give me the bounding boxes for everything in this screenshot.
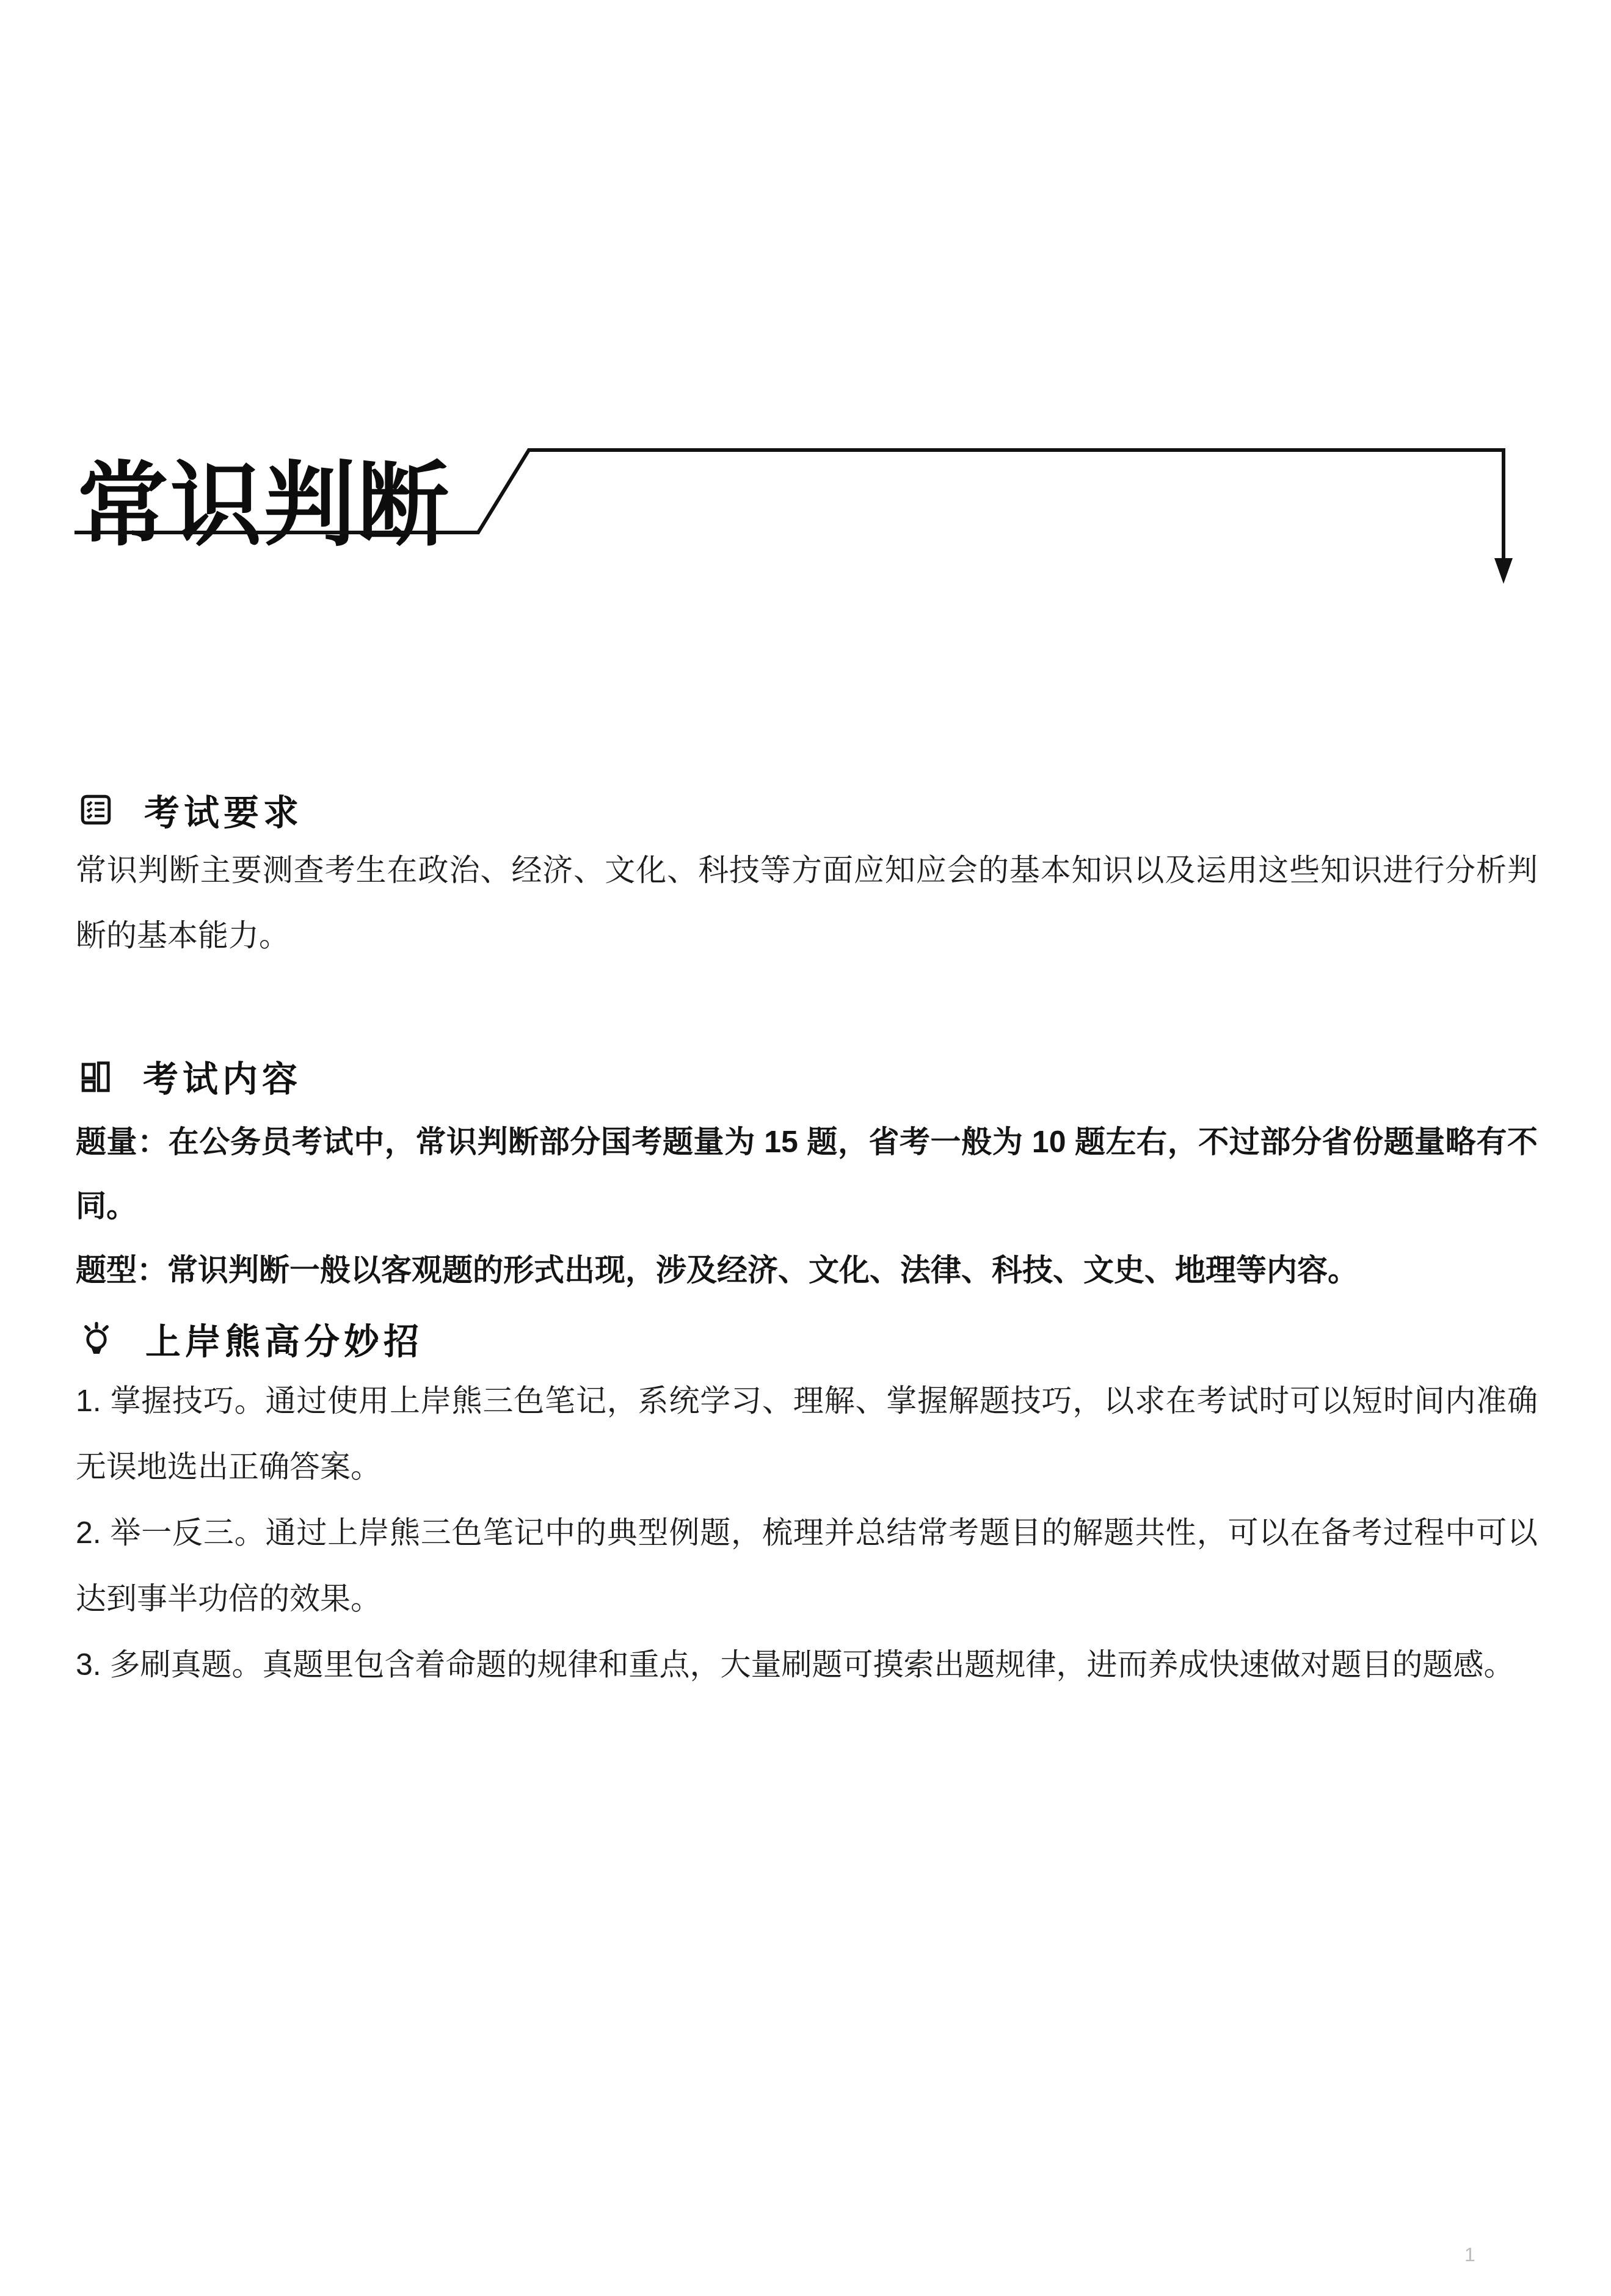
paragraph: 常识判断主要测查考生在政治、经济、文化、科技等方面应知应会的基本知识以及运用这些…: [76, 838, 1538, 968]
section-heading-label: 考试内容: [143, 1050, 302, 1102]
section-exam-content-heading: 考试内容: [78, 1050, 302, 1102]
grid-category-icon: [78, 1059, 112, 1092]
quantity-text: 在公务员考试中，常识判断部分国考题量为 15 题，省考一般为 10 题左右，不过…: [76, 1125, 1538, 1223]
quantity-line: 题量：在公务员考试中，常识判断部分国考题量为 15 题，省考一般为 10 题左右…: [76, 1110, 1538, 1238]
type-text: 常识判断一般以客观题的形式出现，涉及经济、文化、法律、科技、文史、地理等内容。: [167, 1253, 1358, 1287]
section-heading-label: 上岸熊高分妙招: [145, 1313, 423, 1364]
lightbulb-icon: [78, 1320, 115, 1357]
section-heading-label: 考试要求: [144, 784, 303, 835]
tip-2: 2. 举一反三。通过上岸熊三色笔记中的典型例题，梳理并总结常考题目的解题共性，可…: [76, 1500, 1538, 1632]
tip-3: 3. 多刷真题。真题里包含着命题的规律和重点，大量刷题可摸索出题规律，进而养成快…: [76, 1632, 1538, 1698]
tip-1: 1. 掌握技巧。通过使用上岸熊三色笔记，系统学习、理解、掌握解题技巧，以求在考试…: [76, 1368, 1538, 1500]
section-exam-content-body: 题量：在公务员考试中，常识判断部分国考题量为 15 题，省考一般为 10 题左右…: [76, 1110, 1538, 1302]
document-page: 常识判断 考试要求 常识判断主要测查考生在政治、经济、文化、科技等方面应知应会的…: [0, 0, 1611, 2296]
page-number: 1: [1464, 2243, 1475, 2266]
section-exam-requirements-heading: 考试要求: [78, 784, 303, 835]
quantity-label: 题量：: [76, 1125, 169, 1159]
type-line: 题型：常识判断一般以客观题的形式出现，涉及经济、文化、法律、科技、文史、地理等内…: [76, 1238, 1538, 1302]
down-arrow-line: [0, 427, 1611, 623]
section-exam-requirements-body: 常识判断主要测查考生在政治、经济、文化、科技等方面应知应会的基本知识以及运用这些…: [76, 838, 1538, 968]
type-label: 题型：: [76, 1253, 167, 1287]
checklist-icon: [78, 792, 114, 827]
section-tips-body: 1. 掌握技巧。通过使用上岸熊三色笔记，系统学习、理解、掌握解题技巧，以求在考试…: [76, 1368, 1538, 1698]
section-tips-heading: 上岸熊高分妙招: [78, 1313, 423, 1364]
